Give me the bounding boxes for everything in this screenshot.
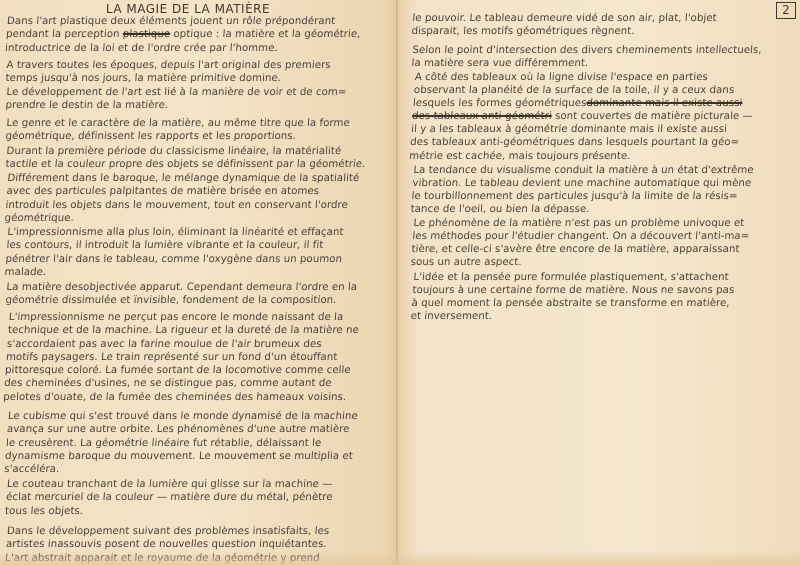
paragraph-3: Le développement de l'art est lié à la m… bbox=[5, 86, 391, 113]
right-paragraph-6: L'idée et la pensée pure formulée plasti… bbox=[410, 271, 792, 323]
paragraph-11: Le couteau tranchant de la lumière qui g… bbox=[5, 478, 392, 518]
paragraph-10: Le cubisme qui s'est trouvé dans le mond… bbox=[4, 410, 393, 476]
paragraph-1: Dans l'art plastique deux éléments jouen… bbox=[5, 15, 392, 55]
right-page: 2 le pouvoir. Le tableau demeure vidé de… bbox=[398, 0, 800, 565]
right-paragraph-2: Selon le point d'intersection des divers… bbox=[411, 44, 791, 70]
paragraph-9: L'impressionnisme ne perçut pas encore l… bbox=[3, 311, 394, 404]
right-paragraph-4: La tendance du visualisme conduit la mat… bbox=[410, 164, 792, 216]
right-paragraph-5: Le phénomène de la matière n'est pas un … bbox=[410, 217, 792, 269]
right-paragraph-1: le pouvoir. Le tableau demeure vidé de s… bbox=[411, 12, 791, 38]
paragraph-7: L'impressionnisme alla plus loin, élimin… bbox=[4, 226, 392, 279]
left-page: LA MAGIE DE LA MATIÈRE Dans l'art plasti… bbox=[0, 0, 398, 565]
paragraph-2: A travers toutes les époques, depuis l'a… bbox=[5, 59, 391, 86]
right-paragraph-3: A côté des tableaux où la ligne divise l… bbox=[409, 71, 793, 163]
paragraph-6: Différement dans le baroque, le mélange … bbox=[4, 172, 392, 225]
paragraph-5: Durant la première période du classicism… bbox=[5, 145, 391, 172]
paper-bottom-edge bbox=[0, 551, 800, 565]
paragraph-8: La matière desobjectivée apparut. Cepend… bbox=[5, 281, 391, 308]
struck-word: plastique bbox=[122, 29, 170, 40]
document-title: LA MAGIE DE LA MATIÈRE bbox=[0, 2, 390, 15]
paragraph-4: Le genre et le caractère de la matière, … bbox=[5, 117, 391, 144]
